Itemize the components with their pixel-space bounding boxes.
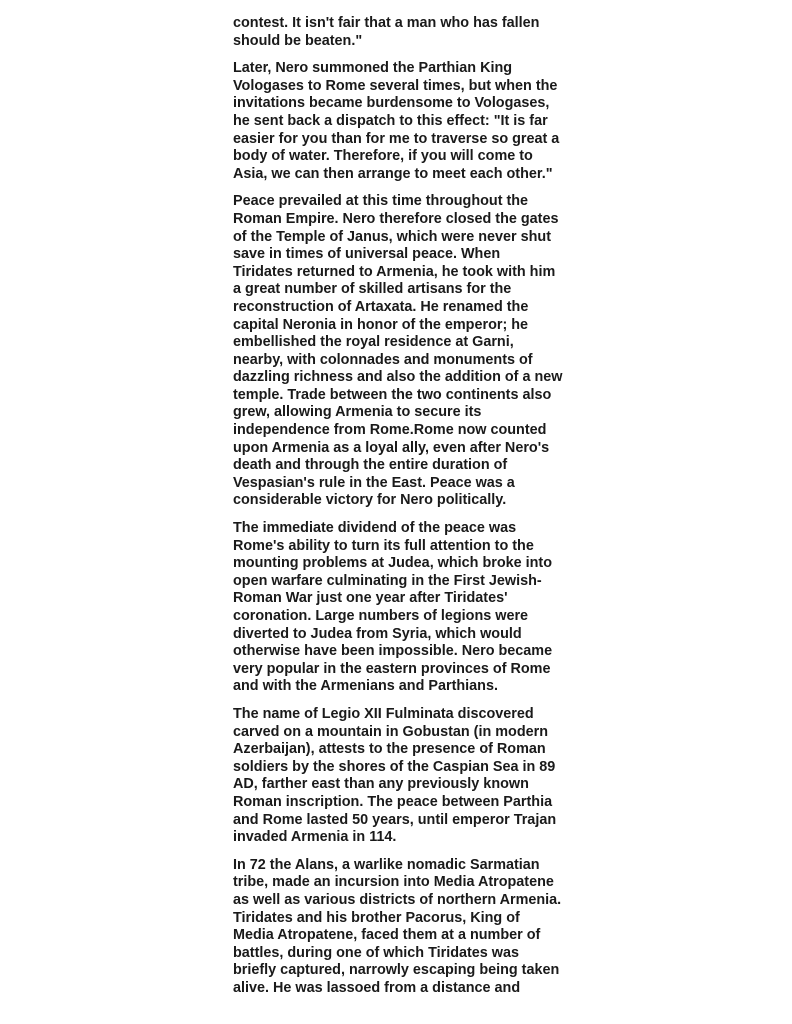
text-line: very popular in the eastern provinces of… [233,661,573,679]
text-line: In 72 the Alans, a warlike nomadic Sarma… [233,857,573,875]
text-line: The immediate dividend of the peace was [233,520,573,538]
paragraph-alans: In 72 the Alans, a warlike nomadic Sarma… [233,857,573,998]
text-line: soldiers by the shores of the Caspian Se… [233,759,573,777]
text-line: Later, Nero summoned the Parthian King [233,60,573,78]
text-line: death and through the entire duration of [233,457,573,475]
document-page: contest. It isn't fair that a man who ha… [233,15,573,1007]
text-line: save in times of universal peace. When [233,246,573,264]
text-line: open warfare culminating in the First Je… [233,573,573,591]
text-line: Roman Empire. Nero therefore closed the … [233,211,573,229]
text-line: contest. It isn't fair that a man who ha… [233,15,573,33]
paragraph-legio-xii: The name of Legio XII Fulminata discover… [233,706,573,847]
text-line: The name of Legio XII Fulminata discover… [233,706,573,724]
text-line: dazzling richness and also the addition … [233,369,573,387]
text-line: Roman inscription. The peace between Par… [233,794,573,812]
text-line: Tiridates and his brother Pacorus, King … [233,910,573,928]
text-line: battles, during one of which Tiridates w… [233,945,573,963]
paragraph-immediate-dividend: The immediate dividend of the peace was … [233,520,573,696]
text-line: a great number of skilled artisans for t… [233,281,573,299]
text-line: Azerbaijan), attests to the presence of … [233,741,573,759]
text-line: Peace prevailed at this time throughout … [233,193,573,211]
text-line: Rome's ability to turn its full attentio… [233,538,573,556]
text-line: Tiridates returned to Armenia, he took w… [233,264,573,282]
text-line: considerable victory for Nero politicall… [233,492,573,510]
text-line: capital Neronia in honor of the emperor;… [233,317,573,335]
text-line: Media Atropatene, faced them at a number… [233,927,573,945]
text-line: body of water. Therefore, if you will co… [233,148,573,166]
text-line: carved on a mountain in Gobustan (in mod… [233,724,573,742]
text-line: Asia, we can then arrange to meet each o… [233,166,573,184]
text-line: mounting problems at Judea, which broke … [233,555,573,573]
text-line: reconstruction of Artaxata. He renamed t… [233,299,573,317]
text-line: and Rome lasted 50 years, until emperor … [233,812,573,830]
text-line: and with the Armenians and Parthians. [233,678,573,696]
paragraph-peace-prevailed: Peace prevailed at this time throughout … [233,193,573,510]
text-line: nearby, with colonnades and monuments of [233,352,573,370]
text-line: AD, farther east than any previously kno… [233,776,573,794]
text-line: as well as various districts of northern… [233,892,573,910]
text-line: temple. Trade between the two continents… [233,387,573,405]
text-line: he sent back a dispatch to this effect: … [233,113,573,131]
paragraph-vologases: Later, Nero summoned the Parthian King V… [233,60,573,183]
text-line: Vespasian's rule in the East. Peace was … [233,475,573,493]
text-line: invaded Armenia in 114. [233,829,573,847]
text-line: invitations became burdensome to Vologas… [233,95,573,113]
text-line: of the Temple of Janus, which were never… [233,229,573,247]
text-line: alive. He was lassoed from a distance an… [233,980,573,998]
text-line: should be beaten." [233,33,573,51]
text-line: tribe, made an incursion into Media Atro… [233,874,573,892]
text-line: otherwise have been impossible. Nero bec… [233,643,573,661]
text-line: diverted to Judea from Syria, which woul… [233,626,573,644]
text-line: embellished the royal residence at Garni… [233,334,573,352]
text-line: easier for you than for me to traverse s… [233,131,573,149]
text-line: briefly captured, narrowly escaping bein… [233,962,573,980]
text-line: coronation. Large numbers of legions wer… [233,608,573,626]
text-line: Vologases to Rome several times, but whe… [233,78,573,96]
text-line: grew, allowing Armenia to secure its [233,404,573,422]
text-line: Roman War just one year after Tiridates' [233,590,573,608]
paragraph-contest: contest. It isn't fair that a man who ha… [233,15,573,50]
text-line: upon Armenia as a loyal ally, even after… [233,440,573,458]
text-line: independence from Rome.Rome now counted [233,422,573,440]
